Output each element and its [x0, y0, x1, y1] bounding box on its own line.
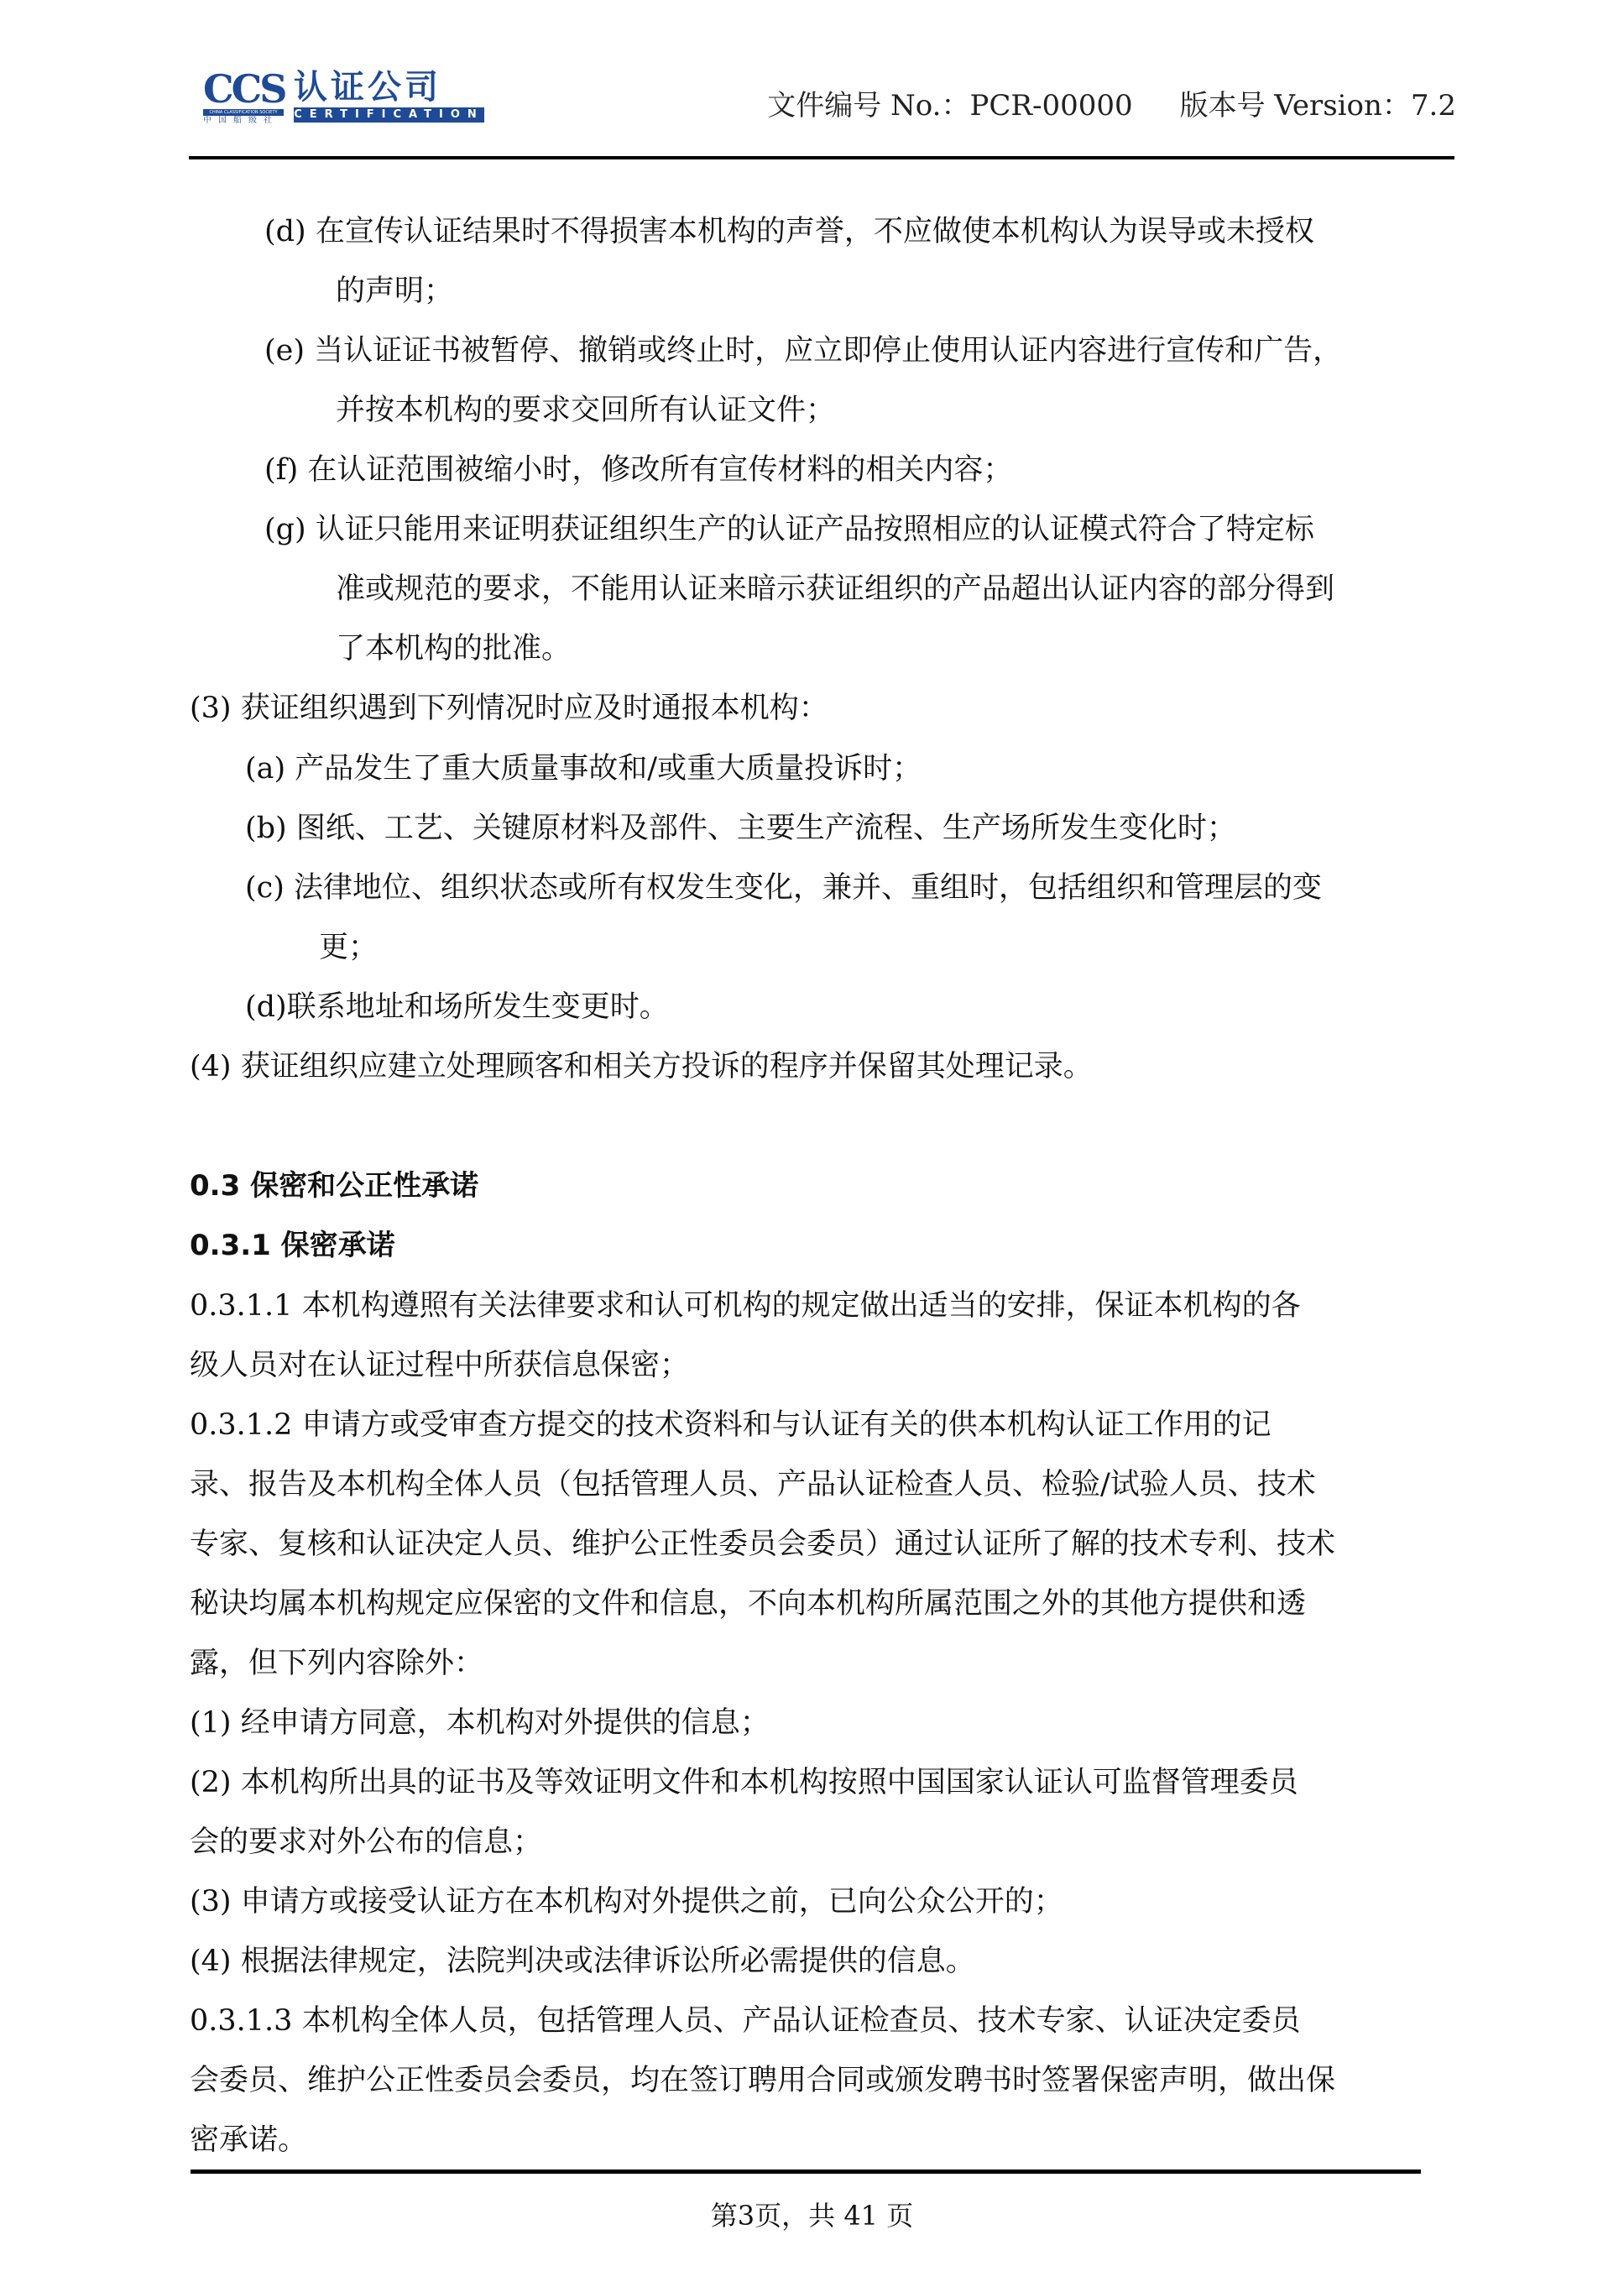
text-line: (4) 获证组织应建立处理顾客和相关方投诉的程序并保留其处理记录。: [190, 1048, 1093, 1085]
doc-number-label: 文件编号 No.：: [767, 89, 969, 123]
text-line: 更；: [319, 929, 378, 966]
ccs-logo-mark: CCS: [203, 70, 284, 107]
version-label: 版本号 Version：: [1180, 89, 1411, 123]
logo-sub-cn: 中国船级社: [203, 117, 284, 125]
version-number: 7.2: [1411, 89, 1456, 123]
section-heading: 0.3 保密和公正性承诺: [190, 1167, 478, 1204]
logo-mark-text: CCS: [203, 66, 285, 112]
text-line: 0.3.1.2 申请方或受审查方提交的技术资料和与认证有关的供本机构认证工作用的…: [190, 1407, 1272, 1444]
text-line: (1) 经申请方同意，本机构对外提供的信息；: [190, 1705, 770, 1741]
text-line: (b) 图纸、工艺、关键原材料及部件、主要生产流程、生产场所发生变化时；: [245, 810, 1236, 847]
text-line: (a) 产品发生了重大质量事故和/或重大质量投诉时；: [245, 750, 922, 787]
header-rule: [189, 156, 1454, 159]
section-heading: 0.3.1 保密承诺: [190, 1227, 395, 1264]
doc-number: PCR-00000: [969, 89, 1132, 123]
company-logo: CCS CHINA CLASSIFICATION SOCIETY 中国船级社 认…: [203, 70, 493, 124]
text-line: 密承诺。: [190, 2122, 307, 2159]
text-line: 0.3.1.3 本机构全体人员，包括管理人员、产品认证检查员、技术专家、认证决定…: [190, 2002, 1301, 2039]
text-line: 秘诀均属本机构规定应保密的文件和信息，不向本机构所属范围之外的其他方提供和透: [190, 1585, 1306, 1622]
text-line: 露，但下列内容除外：: [190, 1645, 483, 1682]
text-line: 级人员对在认证过程中所获信息保密；: [190, 1347, 689, 1384]
logo-name-en: CERTIFICATION: [294, 107, 484, 123]
text-line: 录、报告及本机构全体人员（包括管理人员、产品认证检查人员、检验/试验人员、技术: [190, 1466, 1316, 1503]
page-number: 第3页，共 41 页: [0, 2199, 1624, 2232]
text-line: (f) 在认证范围被缩小时，修改所有宣传材料的相关内容；: [264, 452, 1012, 488]
text-line: (3) 获证组织遇到下列情况时应及时通报本机构：: [190, 690, 828, 727]
text-line: (d) 在宣传认证结果时不得损害本机构的声誉，不应做使本机构认为误导或未授权: [264, 213, 1314, 250]
text-line: 的声明；: [336, 273, 453, 310]
text-line: (c) 法律地位、组织状态或所有权发生变化，兼并、重组时，包括组织和管理层的变: [245, 869, 1322, 906]
text-line: (2) 本机构所出具的证书及等效证明文件和本机构按照中国国家认证认可监督管理委员: [190, 1764, 1298, 1801]
text-line: (d)联系地址和场所发生变更时。: [245, 989, 669, 1026]
text-line: (4) 根据法律规定，法院判决或法律诉讼所必需提供的信息。: [190, 1943, 975, 1980]
text-line: 了本机构的批准。: [336, 630, 571, 667]
text-line: 0.3.1.1 本机构遵照有关法律要求和认可机构的规定做出适当的安排，保证本机构…: [190, 1287, 1301, 1324]
document-meta: 文件编号 No.：PCR-00000版本号 Version：7.2: [767, 89, 1456, 123]
footer-rule: [191, 2170, 1421, 2174]
text-line: (e) 当认证证书被暂停、撤销或终止时，应立即停止使用认证内容进行宣传和广告，: [264, 332, 1342, 369]
text-line: 会委员、维护公正性委员会委员，均在签订聘用合同或颁发聘书时签署保密声明，做出保: [190, 2062, 1335, 2099]
logo-name-cn: 认证公司: [294, 70, 491, 104]
text-line: (3) 申请方或接受认证方在本机构对外提供之前，已向公众公开的；: [190, 1883, 1063, 1920]
text-line: 会的要求对外公布的信息；: [190, 1824, 542, 1861]
logo-band: CHINA CLASSIFICATION SOCIETY: [203, 109, 284, 116]
text-line: 专家、复核和认证决定人员、维护公正性委员会委员）通过认证所了解的技术专利、技术: [190, 1526, 1335, 1563]
text-line: (g) 认证只能用来证明获证组织生产的认证产品按照相应的认证模式符合了特定标: [264, 511, 1314, 548]
text-line: 准或规范的要求，不能用认证来暗示获证组织的产品超出认证内容的部分得到: [336, 571, 1334, 608]
text-line: 并按本机构的要求交回所有认证文件；: [336, 392, 835, 429]
